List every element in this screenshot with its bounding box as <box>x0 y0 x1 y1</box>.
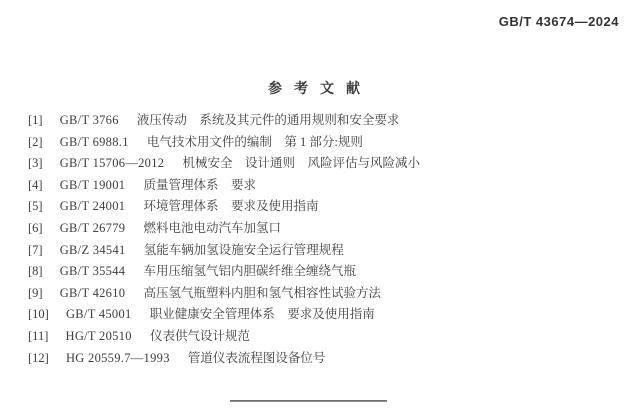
reference-title: 电气技术用文件的编制 第 1 部分:规则 <box>147 135 363 149</box>
reference-title: 管道仪表流程图设备位号 <box>188 351 326 365</box>
reference-title: 机械安全 设计通则 风险评估与风险减小 <box>182 156 420 170</box>
reference-title: 燃料电池电动汽车加氢口 <box>143 221 281 235</box>
reference-standard-code: GB/T 19001 <box>60 175 126 197</box>
reference-standard-code: GB/T 3766 <box>60 110 119 132</box>
reference-number: [4] <box>28 175 43 197</box>
reference-number: [8] <box>28 261 43 283</box>
reference-item: [8] GB/T 35544 车用压缩氢气铝内胆碳纤维全缠绕气瓶 <box>28 261 630 283</box>
reference-item: [2] GB/T 6988.1 电气技术用文件的编制 第 1 部分:规则 <box>28 132 630 154</box>
reference-item: [1] GB/T 3766 液压传动 系统及其元件的通用规则和安全要求 <box>28 110 630 132</box>
reference-standard-code: HG 20559.7—1993 <box>66 348 170 370</box>
reference-title: 仪表供气设计规范 <box>150 329 250 343</box>
reference-number: [2] <box>28 132 43 154</box>
reference-standard-code: GB/T 6988.1 <box>60 132 129 154</box>
reference-standard-code: GB/Z 34541 <box>60 240 126 262</box>
page-header: GB/T 43674—2024 <box>0 13 619 31</box>
reference-number: [7] <box>28 240 43 262</box>
standard-code: GB/T 43674—2024 <box>499 14 619 29</box>
reference-number: [5] <box>28 196 43 218</box>
reference-number: [11] <box>28 326 48 348</box>
reference-item: [5] GB/T 24001 环境管理体系 要求及使用指南 <box>28 196 630 218</box>
reference-standard-code: GB/T 35544 <box>60 261 126 283</box>
reference-title: 高压氢气瓶塑料内胆和氢气相容性试验方法 <box>143 286 381 300</box>
reference-number: [10] <box>28 304 49 326</box>
reference-item: [3] GB/T 15706—2012 机械安全 设计通则 风险评估与风险减小 <box>28 153 630 175</box>
reference-number: [12] <box>28 348 49 370</box>
section-title: 参考文献 <box>0 78 640 98</box>
reference-standard-code: HG/T 20510 <box>66 326 132 348</box>
reference-item: [10] GB/T 45001 职业健康安全管理体系 要求及使用指南 <box>28 304 630 326</box>
reference-standard-code: GB/T 24001 <box>60 196 126 218</box>
reference-item: [6] GB/T 26779 燃料电池电动汽车加氢口 <box>28 218 630 240</box>
reference-number: [6] <box>28 218 43 240</box>
reference-number: [3] <box>28 153 43 175</box>
reference-list: [1] GB/T 3766 液压传动 系统及其元件的通用规则和安全要求 [2] … <box>28 110 630 369</box>
reference-standard-code: GB/T 45001 <box>66 304 132 326</box>
document-page: GB/T 43674—2024 参考文献 [1] GB/T 3766 液压传动 … <box>0 0 640 416</box>
reference-item: [9] GB/T 42610 高压氢气瓶塑料内胆和氢气相容性试验方法 <box>28 283 630 305</box>
reference-title: 质量管理体系 要求 <box>143 178 256 192</box>
reference-item: [4] GB/T 19001 质量管理体系 要求 <box>28 175 630 197</box>
reference-number: [9] <box>28 283 43 305</box>
reference-title: 职业健康安全管理体系 要求及使用指南 <box>150 307 375 321</box>
reference-title: 氢能车辆加氢设施安全运行管理规程 <box>144 243 344 257</box>
reference-item: [12] HG 20559.7—1993 管道仪表流程图设备位号 <box>28 348 630 370</box>
reference-item: [7] GB/Z 34541 氢能车辆加氢设施安全运行管理规程 <box>28 240 630 262</box>
reference-title: 液压传动 系统及其元件的通用规则和安全要求 <box>137 113 400 127</box>
reference-standard-code: GB/T 42610 <box>60 283 126 305</box>
reference-title: 车用压缩氢气铝内胆碳纤维全缠绕气瓶 <box>143 264 356 278</box>
reference-standard-code: GB/T 26779 <box>60 218 126 240</box>
reference-number: [1] <box>28 110 43 132</box>
footer-rule <box>230 400 387 402</box>
reference-item: [11] HG/T 20510 仪表供气设计规范 <box>28 326 630 348</box>
reference-standard-code: GB/T 15706—2012 <box>60 153 165 175</box>
reference-title: 环境管理体系 要求及使用指南 <box>143 199 318 213</box>
